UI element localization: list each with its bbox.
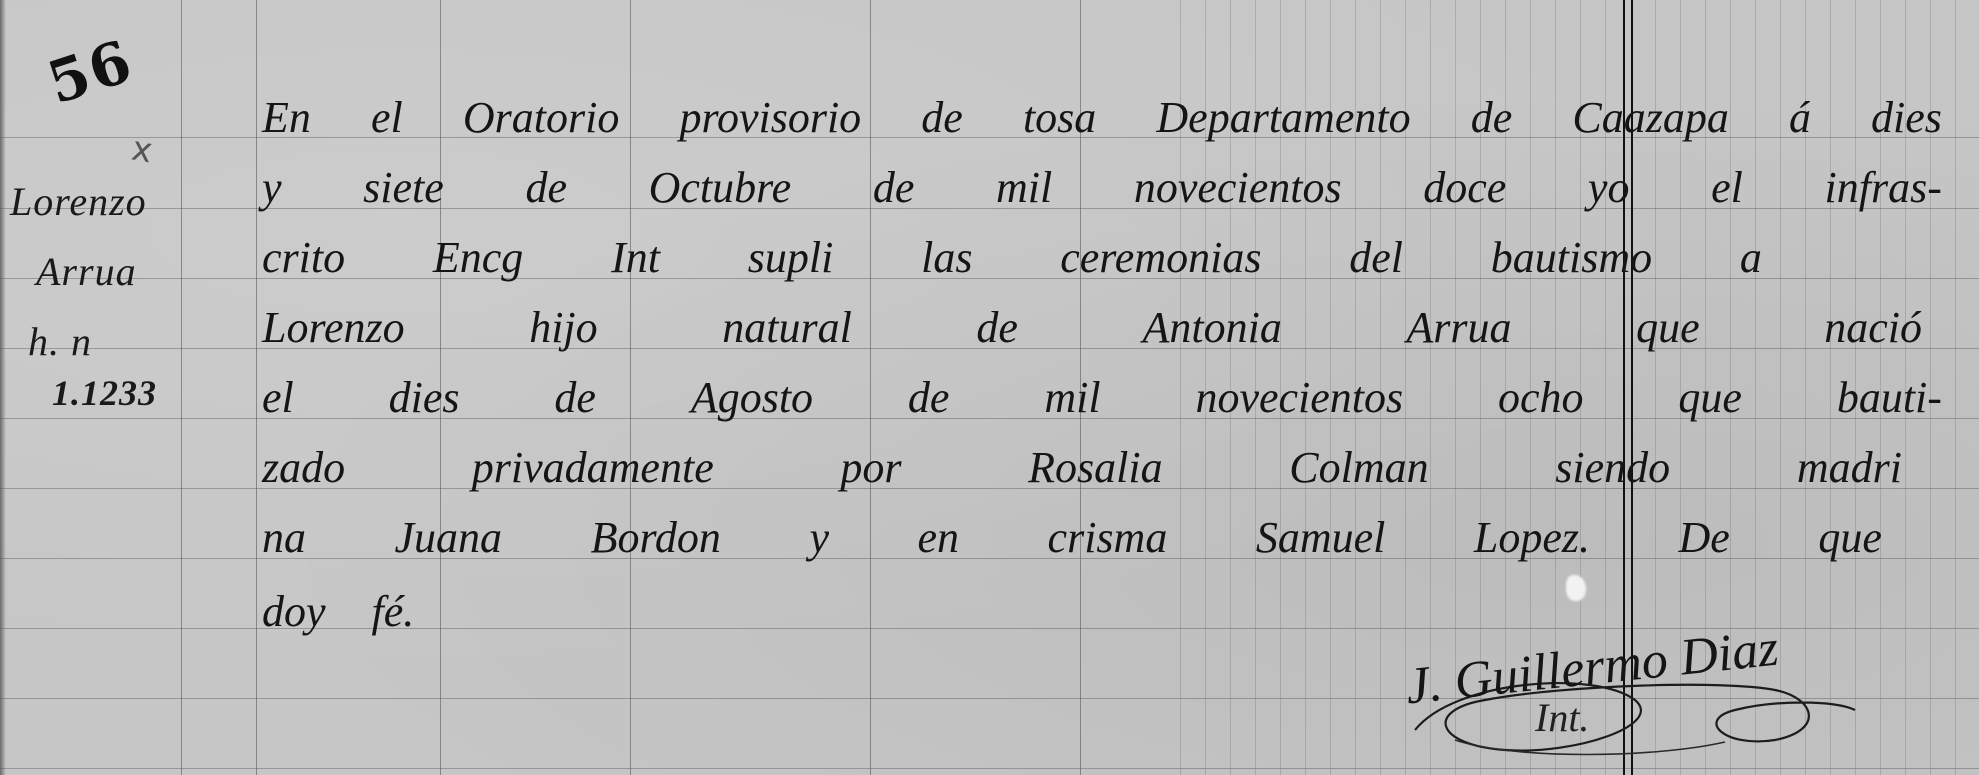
entry-word: En <box>262 92 311 143</box>
entry-word: doce <box>1423 162 1506 213</box>
entry-line: zadoprivadamenteporRosaliaColmansiendoma… <box>262 442 1902 493</box>
entry-word: zado <box>262 442 345 493</box>
entry-word: Antonia <box>1143 302 1282 353</box>
column-rule <box>256 0 257 775</box>
entry-word: infras- <box>1825 162 1942 213</box>
entry-word: el <box>262 372 294 423</box>
entry-line: naJuanaBordonyencrismaSamuelLopez.Deque <box>262 512 1882 563</box>
margin-status-note: h. n <box>28 318 92 365</box>
entry-word: Caazapa <box>1572 92 1728 143</box>
entry-word: y <box>262 162 282 213</box>
entry-word: Colman <box>1289 442 1428 493</box>
entry-word: ceremonias <box>1060 232 1261 283</box>
entry-word: y <box>809 512 829 563</box>
entry-word: natural <box>722 302 852 353</box>
entry-line: eldiesdeAgostodemilnovecientosochoquebau… <box>262 372 1942 423</box>
entry-word: el <box>371 92 403 143</box>
margin-given-name: Lorenzo <box>10 178 147 225</box>
margin-column: 56 x Lorenzo Arrua h. n 1.1233 <box>0 0 250 775</box>
margin-register-number: 1.1233 <box>52 372 157 414</box>
entry-word: de <box>873 162 915 213</box>
entry-word: mil <box>1044 372 1100 423</box>
entry-word: Arrua <box>1406 302 1511 353</box>
entry-word: Rosalia <box>1028 442 1162 493</box>
signature-title: Int. <box>1535 694 1589 741</box>
ledger-page: 56 x Lorenzo Arrua h. n 1.1233 EnelOrato… <box>0 0 1979 775</box>
entry-word: Samuel <box>1256 512 1386 563</box>
entry-word: en <box>918 512 960 563</box>
entry-line: LorenzohijonaturaldeAntoniaArruaquenació <box>262 302 1922 353</box>
entry-word: que <box>1818 512 1882 563</box>
entry-word: bautismo <box>1491 232 1652 283</box>
entry-word: las <box>921 232 972 283</box>
entry-word: tosa <box>1023 92 1096 143</box>
entry-word: Encg <box>433 232 523 283</box>
entry-word: privadamente <box>472 442 714 493</box>
entry-word: de <box>921 92 963 143</box>
entry-word: siendo <box>1555 442 1670 493</box>
entry-word: de <box>525 162 567 213</box>
entry-word: hijo <box>529 302 597 353</box>
signature-block: J. Guillermo Diaz Int. <box>1395 630 1865 760</box>
entry-word: Bordon <box>591 512 721 563</box>
x-mark: x <box>129 129 156 172</box>
entry-word: a <box>1740 232 1762 283</box>
entry-word: novecientos <box>1195 372 1403 423</box>
entry-word: dies <box>1871 92 1942 143</box>
entry-word: de <box>1471 92 1513 143</box>
entry-word: Departamento <box>1156 92 1410 143</box>
entry-word: yo <box>1588 162 1630 213</box>
entry-word: Lorenzo <box>262 302 405 353</box>
entry-word: del <box>1349 232 1403 283</box>
entry-word: novecientos <box>1134 162 1342 213</box>
entry-line: critoEncgIntsuplilasceremoniasdelbautism… <box>262 232 1762 283</box>
entry-word: crisma <box>1048 512 1168 563</box>
entry-word: el <box>1711 162 1743 213</box>
entry-word: dies <box>389 372 460 423</box>
entry-word: Agosto <box>691 372 813 423</box>
ledger-rule <box>1955 0 1956 775</box>
entry-word: de <box>554 372 596 423</box>
entry-word: nació <box>1824 302 1922 353</box>
entry-word: provisorio <box>679 92 861 143</box>
entry-word: Juana <box>395 512 503 563</box>
entry-number: 56 <box>40 27 142 118</box>
margin-surname: Arrua <box>36 248 137 295</box>
entry-word: na <box>262 512 306 563</box>
entry-line: ysietedeOctubredemilnovecientosdoceyoeli… <box>262 162 1942 213</box>
entry-word: siete <box>363 162 444 213</box>
entry-line: EnelOratorioprovisoriodetosaDepartamento… <box>262 92 1942 143</box>
entry-word: á <box>1789 92 1811 143</box>
entry-word: que <box>1678 372 1742 423</box>
entry-word: fé. <box>372 586 415 637</box>
entry-word: Int <box>611 232 660 283</box>
entry-word: por <box>840 442 901 493</box>
entry-word: crito <box>262 232 345 283</box>
entry-word: supli <box>748 232 834 283</box>
entry-word: Oratorio <box>463 92 619 143</box>
entry-word: ocho <box>1498 372 1584 423</box>
entry-word: que <box>1636 302 1700 353</box>
entry-word: doy <box>262 586 326 637</box>
entry-word: mil <box>996 162 1052 213</box>
entry-word: bauti- <box>1837 372 1942 423</box>
entry-word: de <box>908 372 950 423</box>
entry-word: De <box>1679 512 1730 563</box>
horizontal-rule <box>0 768 1979 769</box>
entry-word: Lopez. <box>1474 512 1590 563</box>
entry-word: Octubre <box>649 162 792 213</box>
entry-word: madri <box>1797 442 1902 493</box>
paper-damage-spot <box>1566 575 1586 601</box>
entry-word: de <box>976 302 1018 353</box>
